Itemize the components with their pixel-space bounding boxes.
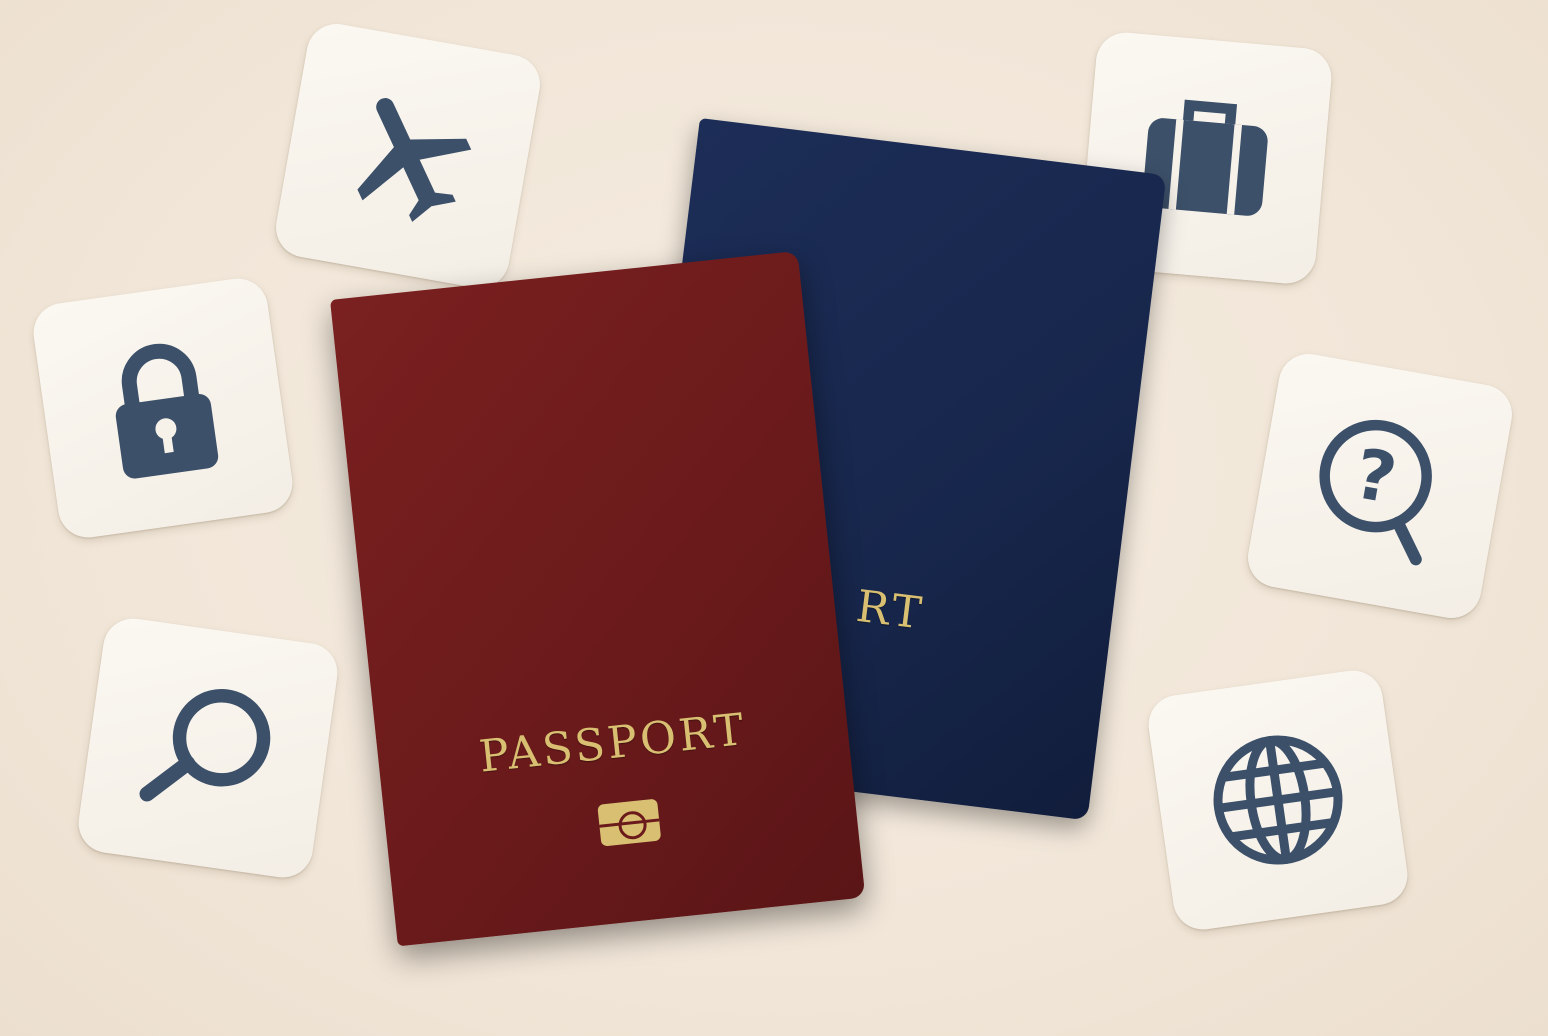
- magnifier-tile: [75, 615, 342, 882]
- question-tile: ?: [1243, 349, 1516, 622]
- globe-tile: [1145, 667, 1412, 934]
- airplane-tile: [271, 19, 544, 292]
- red-passport-title: PASSPORT: [377, 693, 850, 793]
- globe-icon: [1193, 715, 1362, 884]
- question-magnifier-icon: ?: [1293, 399, 1467, 573]
- blue-passport-title: RT: [854, 581, 927, 640]
- airplane-icon: [321, 69, 495, 243]
- padlock-tile: [30, 275, 297, 542]
- biometric-chip-icon: [597, 799, 661, 847]
- padlock-icon: [78, 323, 247, 492]
- magnifier-icon: [123, 663, 292, 832]
- red-passport: PASSPORT: [330, 251, 865, 947]
- svg-text:?: ?: [1349, 434, 1402, 520]
